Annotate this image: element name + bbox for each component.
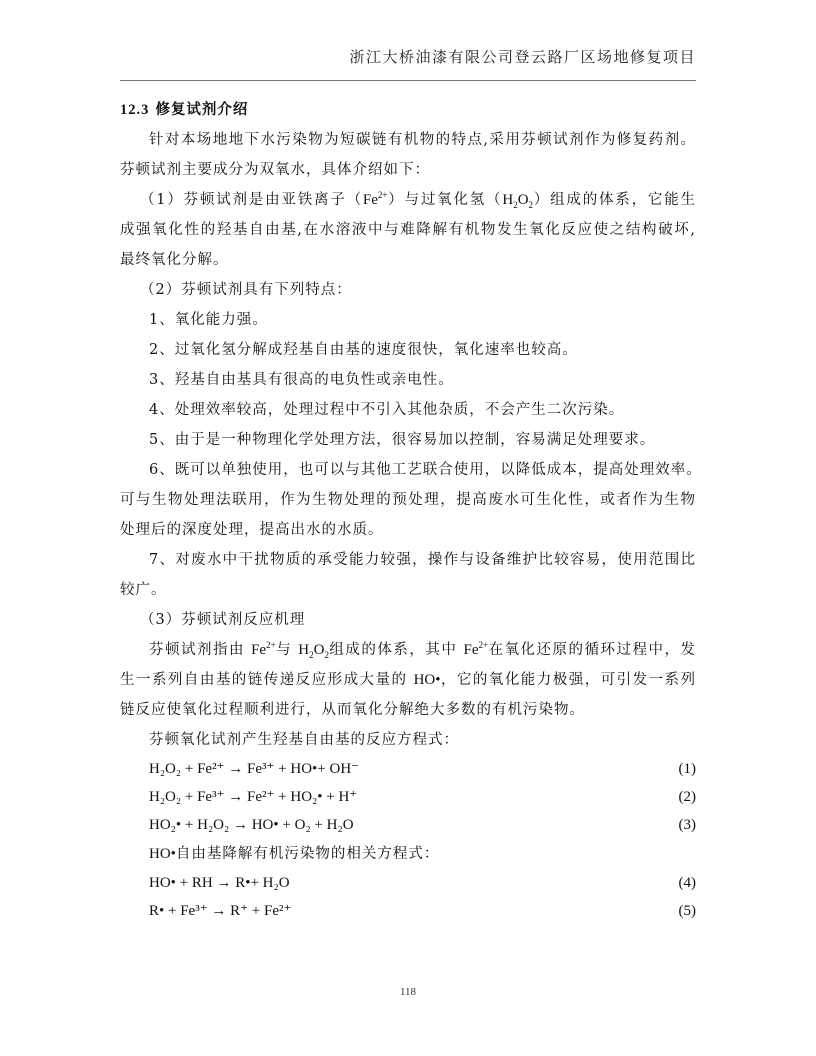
equation-row: H₂O₂ + Fe²⁺ → Fe³⁺ + HO•+ OH⁻ (1) [120,755,696,783]
chem-formula: HO• [414,672,441,688]
equation-number: (3) [679,811,697,839]
running-header: 浙江大桥油漆有限公司登云路厂区场地修复项目 [349,46,696,67]
equation-text: HO• + RH → R•+ H₂O [149,869,290,897]
equation-row: R• + Fe³⁺ → R⁺ + Fe²⁺ (5) [120,897,696,925]
text-run: 芬顿试剂指由 [149,642,251,658]
paragraph-line: 针对本场地地下水污染物为短碳链有机物的特点,采用芬顿试剂作为修复药剂。 [120,125,696,155]
text-run: ，它的氧化能力极强，可引发一系列 [440,672,696,688]
equation-intro: 芬顿氧化试剂产生羟基自由基的反应方程式： [120,725,696,755]
equation-text: H₂O₂ + Fe²⁺ → Fe³⁺ + HO•+ OH⁻ [149,755,359,783]
equation-intro: HO•自由基降解有机污染物的相关方程式： [120,839,696,869]
header-divider [120,80,696,81]
feature-item: 2、过氧化氢分解成羟基自由基的速度很快，氧化速率也较高。 [120,335,696,365]
text-run: 在氧化还原的循环过程中，发 [488,642,696,658]
paragraph-line: 芬顿试剂指由 Fe2+与 H2O2组成的体系，其中 Fe2+在氧化还原的循环过程… [120,635,696,665]
feature-item: 3、羟基自由基具有很高的电负性或亲电性。 [120,365,696,395]
paragraph-line: 最终氧化分解。 [120,245,696,275]
section-title: 修复试剂介绍 [155,101,248,118]
equation-number: (5) [679,897,697,925]
paragraph-line: 成强氧化性的羟基自由基,在水溶液中与难降解有机物发生氧化反应使之结构破坏, [120,215,696,245]
equation-text: R• + Fe³⁺ → R⁺ + Fe²⁺ [149,897,291,925]
paragraph-line: 处理后的深度处理，提高出水的水质。 [120,515,696,545]
equation-number: (1) [679,755,697,783]
paragraph-line: 较广。 [120,575,696,605]
paragraph-line: 生一系列自由基的链传递反应形成大量的 HO•，它的氧化能力极强，可引发一系列 [120,665,696,695]
text-run: 组成的体系，其中 [329,642,464,658]
equation-row: HO₂• + H₂O₂ → HO• + O₂ + H₂O (3) [120,811,696,839]
feature-item: 1、氧化能力强。 [120,305,696,335]
equation-text: HO₂• + H₂O₂ → HO• + O₂ + H₂O [149,811,354,839]
text-run: （1）芬顿试剂是由亚铁离子（ [140,192,363,208]
equation-text: H₂O₂ + Fe³⁺ → Fe²⁺ + HO₂• + H⁺ [149,783,357,811]
chem-formula: HO• [149,846,176,862]
feature-item: 7、对废水中干扰物质的承受能力较强，操作与设备维护比较容易，使用范围比 [120,545,696,575]
paragraph-line: 芬顿试剂主要成分为双氧水，具体介绍如下： [120,155,696,185]
text-run: 生一系列自由基的链传递反应形成大量的 [120,672,414,688]
chem-formula: H2O2 [298,642,329,658]
chem-formula: Fe2+ [363,192,388,208]
text-run: 与 [276,642,299,658]
paragraph-line: （1）芬顿试剂是由亚铁离子（Fe2+）与过氧化氢（H2O2）组成的体系，它能生 [120,185,696,215]
page-number: 118 [0,986,816,998]
chem-formula: Fe2+ [251,642,276,658]
chem-formula: Fe2+ [464,642,489,658]
paragraph-line: 链反应使氧化过程顺利进行，从而氧化分解绝大多数的有机污染物。 [120,695,696,725]
subheading: （2）芬顿试剂具有下列特点： [120,275,696,305]
section-number: 12.3 [120,102,149,118]
text-run: ）组成的体系，它能生 [533,192,696,208]
feature-item: 4、处理效率较高，处理过程中不引入其他杂质，不会产生二次污染。 [120,395,696,425]
equation-row: H₂O₂ + Fe³⁺ → Fe²⁺ + HO₂• + H⁺ (2) [120,783,696,811]
paragraph-line: 可与生物处理法联用，作为生物处理的预处理，提高废水可生化性，或者作为生物 [120,485,696,515]
equation-row: HO• + RH → R•+ H₂O (4) [120,869,696,897]
equation-number: (2) [679,783,697,811]
equation-number: (4) [679,869,697,897]
text-run: ）与过氧化氢（ [387,192,502,208]
feature-item: 6、既可以单独使用，也可以与其他工艺联合使用，以降低成本，提高处理效率。 [120,455,696,485]
subheading: （3）芬顿试剂反应机理 [120,605,696,635]
section-heading: 12.3 修复试剂介绍 [120,95,696,125]
chem-formula: H2O2 [502,192,533,208]
text-run: 自由基降解有机污染物的相关方程式： [176,846,440,862]
feature-item: 5、由于是一种物理化学处理方法，很容易加以控制，容易满足处理要求。 [120,425,696,455]
document-body: 12.3 修复试剂介绍 针对本场地地下水污染物为短碳链有机物的特点,采用芬顿试剂… [120,95,696,925]
